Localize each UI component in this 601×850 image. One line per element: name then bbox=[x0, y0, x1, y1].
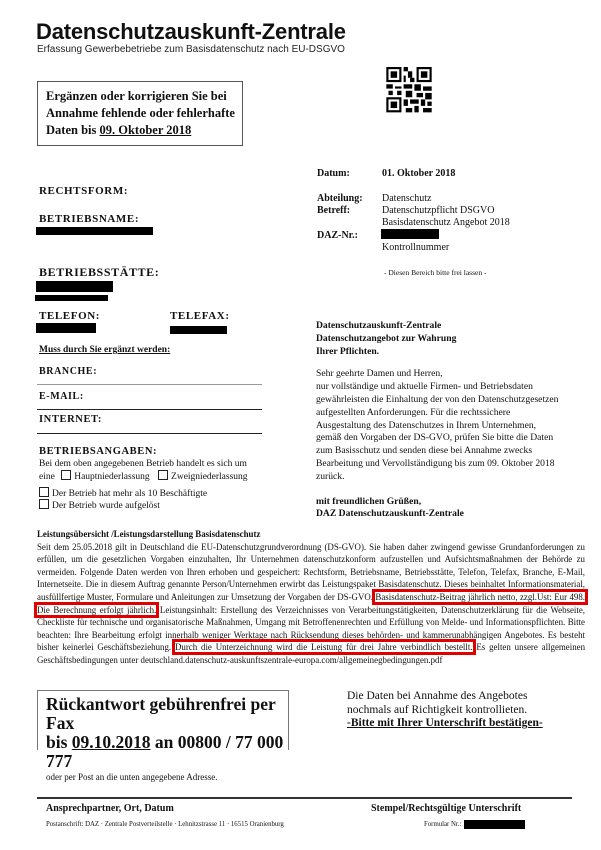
term-highlight: Durch die Unterzeichnung wird die Leistu… bbox=[175, 642, 473, 652]
zweigniederlassung-checkbox[interactable] bbox=[158, 470, 168, 480]
document-title: Datenschutzauskunft-Zentrale bbox=[36, 19, 346, 45]
signature-label: Stempel/Rechtsgültige Unterschrift bbox=[371, 803, 521, 814]
dissolved-checkbox[interactable] bbox=[39, 499, 49, 509]
betreff-value-1: Datenschutzpflicht DSGVO bbox=[382, 205, 494, 216]
employees-label: Der Betrieb hat mehr als 10 Beschäftigte bbox=[52, 489, 207, 499]
rechtsform-label: RECHTSFORM: bbox=[39, 185, 128, 197]
daz-number-redacted bbox=[381, 229, 439, 239]
datum-label: Datum: bbox=[317, 168, 350, 179]
telefon-redacted bbox=[36, 323, 96, 333]
fax-reply-box: Rückantwort gebührenfrei per Fax bis 09.… bbox=[37, 690, 289, 750]
datum-value: 01. Oktober 2018 bbox=[382, 168, 455, 179]
telefax-label: TELEFAX: bbox=[170, 310, 230, 322]
zweigniederlassung-label: Zweigniederlassung bbox=[171, 472, 248, 482]
letter-greeting: Sehr geehrte Damen und Herren, bbox=[316, 368, 586, 381]
betriebsname-redacted bbox=[36, 227, 153, 235]
confirm-line-3: -Bitte mit Ihrer Unterschrift bestätigen… bbox=[347, 717, 543, 731]
letter-body: nur vollständige und aktuelle Firmen- un… bbox=[316, 381, 561, 483]
betreff-value-2: Basisdatenschutz Angebot 2018 bbox=[382, 217, 510, 228]
internet-field[interactable] bbox=[37, 433, 262, 434]
employees-checkbox[interactable] bbox=[39, 487, 49, 497]
betriebsstaette-redacted-2 bbox=[35, 295, 108, 301]
betriebsstaette-label: BETRIEBSSTÄTTE: bbox=[39, 265, 159, 280]
document-subtitle: Erfassung Gewerbebetriebe zum Basisdaten… bbox=[37, 44, 345, 55]
dissolved-label: Der Betrieb wurde aufgelöst bbox=[52, 501, 160, 511]
establishment-type-row: eine Hauptniederlassung Zweigniederlassu… bbox=[39, 470, 248, 484]
dissolved-row: Der Betrieb wurde aufgelöst bbox=[39, 499, 160, 513]
betriebsstaette-redacted-1 bbox=[36, 281, 113, 292]
betriebsangaben-label: BETRIEBSANGABEN: bbox=[39, 446, 157, 457]
email-label: E-MAIL: bbox=[39, 391, 84, 402]
letter-head-3: Ihrer Pflichten. bbox=[316, 346, 586, 359]
letter-head-2: Datenschutzangebot zur Wahrung bbox=[316, 333, 586, 346]
eine-text: eine bbox=[39, 472, 55, 482]
cover-letter: Datenschutzauskunft-Zentrale Datenschutz… bbox=[316, 320, 586, 521]
fax-line-1: Rückantwort gebührenfrei per Fax bbox=[46, 695, 288, 733]
form-number-redacted bbox=[464, 820, 525, 829]
confirm-line-1: Die Daten bei Annahme des Angebotes bbox=[347, 690, 543, 704]
daz-label: DAZ-Nr.: bbox=[317, 230, 358, 241]
branche-field[interactable] bbox=[37, 384, 262, 385]
fax-deadline: 09.10.2018 bbox=[72, 732, 151, 752]
email-field[interactable] bbox=[37, 409, 262, 410]
confirmation-note: Die Daten bei Annahme des Angebotes noch… bbox=[347, 690, 543, 731]
legal-heading: Leistungsübersicht /Leistungsdarstellung… bbox=[37, 528, 585, 541]
telefon-label: TELEFON: bbox=[39, 310, 100, 322]
notice-deadline: 09. Oktober 2018 bbox=[99, 123, 191, 137]
notice-line-3: Daten bis 09. Oktober 2018 bbox=[46, 122, 242, 139]
letter-closing-1: mit freundlichen Grüßen, bbox=[316, 496, 586, 509]
fax-prefix: bis bbox=[46, 732, 72, 752]
notice-prefix: Daten bis bbox=[46, 123, 99, 137]
internet-label: INTERNET: bbox=[39, 414, 102, 425]
qr-code-icon bbox=[386, 67, 432, 121]
betreff-label: Betreff: bbox=[317, 205, 350, 216]
free-area-note: - Diesen Bereich bitte frei lassen - bbox=[384, 268, 486, 277]
letter-head-1: Datenschutzauskunft-Zentrale bbox=[316, 320, 586, 333]
telefax-redacted bbox=[170, 326, 227, 334]
contact-label: Ansprechpartner, Ort, Datum bbox=[46, 803, 174, 814]
hauptniederlassung-checkbox[interactable] bbox=[61, 470, 71, 480]
confirm-line-2: nochmals auf Richtigkeit kontrollieten. bbox=[347, 704, 543, 718]
letter-closing-2: DAZ Datenschutzauskunft-Zentrale bbox=[316, 508, 586, 521]
branche-label: BRANCHE: bbox=[39, 366, 97, 377]
abteilung-value: Datenschutz bbox=[382, 193, 431, 204]
fax-line-2: bis 09.10.2018 an 00800 / 77 000 777 bbox=[46, 733, 288, 771]
signature-line[interactable] bbox=[37, 797, 572, 799]
legal-body: Seit dem 25.05.2018 gilt in Deutschland … bbox=[37, 541, 585, 667]
notice-box: Ergänzen oder korrigieren Sie bei Annahm… bbox=[37, 81, 243, 146]
postal-address: Postanschrift: DAZ · Zentrale Postvertei… bbox=[46, 821, 284, 828]
fax-line-3: oder per Post an die unten angegebene Ad… bbox=[46, 771, 288, 784]
must-complete-note: Muss durch Sie ergänzt werden: bbox=[39, 345, 170, 355]
form-number-label: Formular Nr.: bbox=[424, 821, 461, 828]
betriebsangaben-text: Bei dem oben angegebenen Betrieb handelt… bbox=[39, 458, 247, 471]
hauptniederlassung-label: Hauptniederlassung bbox=[74, 472, 149, 482]
betriebsname-label: BETRIEBSNAME: bbox=[39, 213, 139, 225]
notice-line-2: Annahme fehlende oder fehlerhafte bbox=[46, 105, 242, 122]
service-description: Leistungsübersicht /Leistungsdarstellung… bbox=[37, 528, 585, 667]
notice-line-1: Ergänzen oder korrigieren Sie bei bbox=[46, 88, 242, 105]
abteilung-label: Abteilung: bbox=[317, 193, 363, 204]
daz-sub: Kontrollnummer bbox=[382, 242, 449, 253]
